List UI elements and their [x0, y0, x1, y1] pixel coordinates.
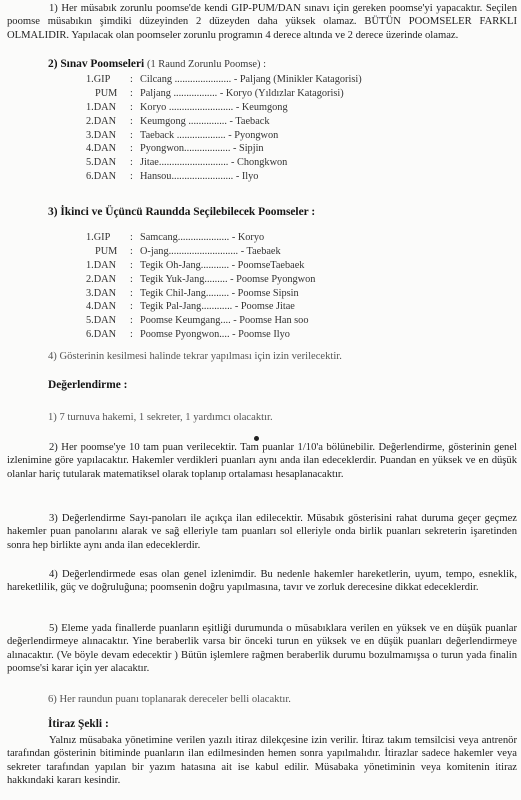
second-poomse: - Koryo (Yıldızlar Katagorisi) [220, 87, 344, 100]
rank-level: 5.DAN [86, 156, 130, 169]
poomse-row: 2.DAN: Tegik Yuk-Jang......... - Poomse … [86, 273, 315, 287]
first-poomse: Tegik Pal-Jang............ [140, 300, 232, 313]
rank-level: PUM [86, 87, 130, 100]
exam-poomse-list: 1.GIP: Cilcang ...................... - … [86, 73, 362, 184]
first-poomse: Koryo ......................... [140, 101, 233, 114]
poomse-row: 4.DAN: Tegik Pal-Jang............ - Poom… [86, 300, 315, 314]
colon-separator: : [130, 115, 140, 128]
item-4: 4) Gösterinin kesilmesi halinde tekrar y… [48, 350, 517, 363]
evaluation-item-6: 6) Her raundun puanı toplanarak derecele… [48, 693, 517, 706]
second-poomse: - Poomse Jitae [235, 300, 295, 313]
second-poomse: - PoomseTaebaek [232, 259, 305, 272]
rank-level: 6.DAN [86, 328, 130, 341]
section-2-heading: 2) Sınav Poomseleri (1 Raund Zorunlu Poo… [48, 58, 266, 71]
rank-level: 3.DAN [86, 129, 130, 142]
first-poomse: O-jang........................... [140, 245, 238, 258]
poomse-row: 1.DAN: Tegik Oh-Jang........... - Poomse… [86, 259, 315, 273]
rank-level: 2.DAN [86, 115, 130, 128]
poomse-row: 4.DAN: Pyongwon.................. - Sipj… [86, 142, 362, 156]
colon-separator: : [130, 259, 140, 272]
section-2-subtitle: (1 Raund Zorunlu Poomse) : [147, 59, 266, 70]
second-poomse: - Koryo [232, 231, 264, 244]
first-poomse: Jitae........................... [140, 156, 228, 169]
poomse-row: PUM: O-jang........................... -… [86, 245, 315, 259]
poomse-row: 2.DAN: Keumgong ............... - Taebac… [86, 115, 362, 129]
second-poomse: - Taebaek [241, 245, 281, 258]
rank-level: 1.GIP [86, 73, 130, 86]
poomse-row: PUM: Paljang ................. - Koryo (… [86, 87, 362, 101]
rank-level: 1.DAN [86, 259, 130, 272]
second-poomse: - Ilyo [236, 170, 259, 183]
second-poomse: - Taeback [230, 115, 270, 128]
evaluation-item-4: 4) Değerlendirmede esas olan genel izlen… [7, 568, 517, 595]
rank-level: 6.DAN [86, 170, 130, 183]
poomse-row: 6.DAN: Hansou........................ - … [86, 170, 362, 184]
poomse-row: 1.GIP: Samcang.................... - Kor… [86, 231, 315, 245]
first-poomse: Poomse Keumgang.... [140, 314, 231, 327]
document-page: 1) Her müsabık zorunlu poomse'de kendi G… [0, 0, 521, 800]
colon-separator: : [130, 314, 140, 327]
second-poomse: - Chongkwon [231, 156, 287, 169]
colon-separator: : [130, 245, 140, 258]
colon-separator: : [130, 129, 140, 142]
evaluation-item-2: 2) Her poomse'ye 10 tam puan verilecekti… [7, 441, 517, 481]
first-poomse: Samcang.................... [140, 231, 229, 244]
second-poomse: - Poomse Han soo [233, 314, 308, 327]
poomse-row: 5.DAN: Jitae........................... … [86, 156, 362, 170]
second-poomse: - Keumgong [236, 101, 288, 114]
first-poomse: Hansou........................ [140, 170, 233, 183]
colon-separator: : [130, 287, 140, 300]
colon-separator: : [130, 142, 140, 155]
objection-heading: İtiraz Şekli : [48, 718, 109, 731]
objection-text: Yalnız müsabaka yönetimine verilen yazıl… [7, 734, 517, 788]
second-poomse: - Poomse Ilyo [232, 328, 290, 341]
first-poomse: Tegik Oh-Jang........... [140, 259, 229, 272]
rank-level: 2.DAN [86, 273, 130, 286]
second-poomse: - Sipjin [233, 142, 264, 155]
poomse-row: 5.DAN: Poomse Keumgang.... - Poomse Han … [86, 314, 315, 328]
first-poomse: Cilcang ...................... [140, 73, 231, 86]
colon-separator: : [130, 156, 140, 169]
rank-level: 1.DAN [86, 101, 130, 114]
poomse-row: 6.DAN: Poomse Pyongwon.... - Poomse Ilyo [86, 328, 315, 342]
section-3-heading: 3) İkinci ve Üçüncü Raundda Seçilebilece… [48, 206, 315, 219]
first-poomse: Keumgong ............... [140, 115, 227, 128]
first-poomse: Tegik Yuk-Jang......... [140, 273, 228, 286]
colon-separator: : [130, 231, 140, 244]
rank-level: PUM [86, 245, 130, 258]
section-2-title: 2) Sınav Poomseleri [48, 58, 144, 70]
colon-separator: : [130, 328, 140, 341]
colon-separator: : [130, 73, 140, 86]
poomse-row: 3.DAN: Taeback ................... - Pyo… [86, 129, 362, 143]
first-poomse: Pyongwon.................. [140, 142, 230, 155]
first-poomse: Tegik Chil-Jang......... [140, 287, 229, 300]
rank-level: 4.DAN [86, 300, 130, 313]
poomse-row: 3.DAN: Tegik Chil-Jang......... - Poomse… [86, 287, 315, 301]
rank-level: 1.GIP [86, 231, 130, 244]
colon-separator: : [130, 300, 140, 313]
paragraph-1: 1) Her müsabık zorunlu poomse'de kendi G… [7, 2, 517, 42]
selectable-poomse-list: 1.GIP: Samcang.................... - Kor… [86, 231, 315, 342]
poomse-row: 1.GIP: Cilcang ...................... - … [86, 73, 362, 87]
evaluation-heading: Değerlendirme : [48, 379, 127, 392]
rank-level: 3.DAN [86, 287, 130, 300]
evaluation-item-3: 3) Değerlendirme Sayı-panoları ile açıkç… [7, 512, 517, 552]
evaluation-item-1: 1) 7 turnuva hakemi, 1 sekreter, 1 yardı… [48, 411, 517, 424]
second-poomse: - Poomse Pyongwon [230, 273, 315, 286]
poomse-row: 1.DAN: Koryo ......................... -… [86, 101, 362, 115]
colon-separator: : [130, 101, 140, 114]
colon-separator: : [130, 170, 140, 183]
colon-separator: : [130, 273, 140, 286]
colon-separator: : [130, 87, 140, 100]
rank-level: 5.DAN [86, 314, 130, 327]
rank-level: 4.DAN [86, 142, 130, 155]
first-poomse: Paljang ................. [140, 87, 217, 100]
first-poomse: Taeback ................... [140, 129, 226, 142]
first-poomse: Poomse Pyongwon.... [140, 328, 230, 341]
evaluation-item-5: 5) Eleme yada finallerde puanların eşitl… [7, 622, 517, 676]
second-poomse: - Poomse Sipsin [232, 287, 299, 300]
second-poomse: - Pyongwon [228, 129, 278, 142]
second-poomse: - Paljang (Minikler Katagorisi) [234, 73, 362, 86]
